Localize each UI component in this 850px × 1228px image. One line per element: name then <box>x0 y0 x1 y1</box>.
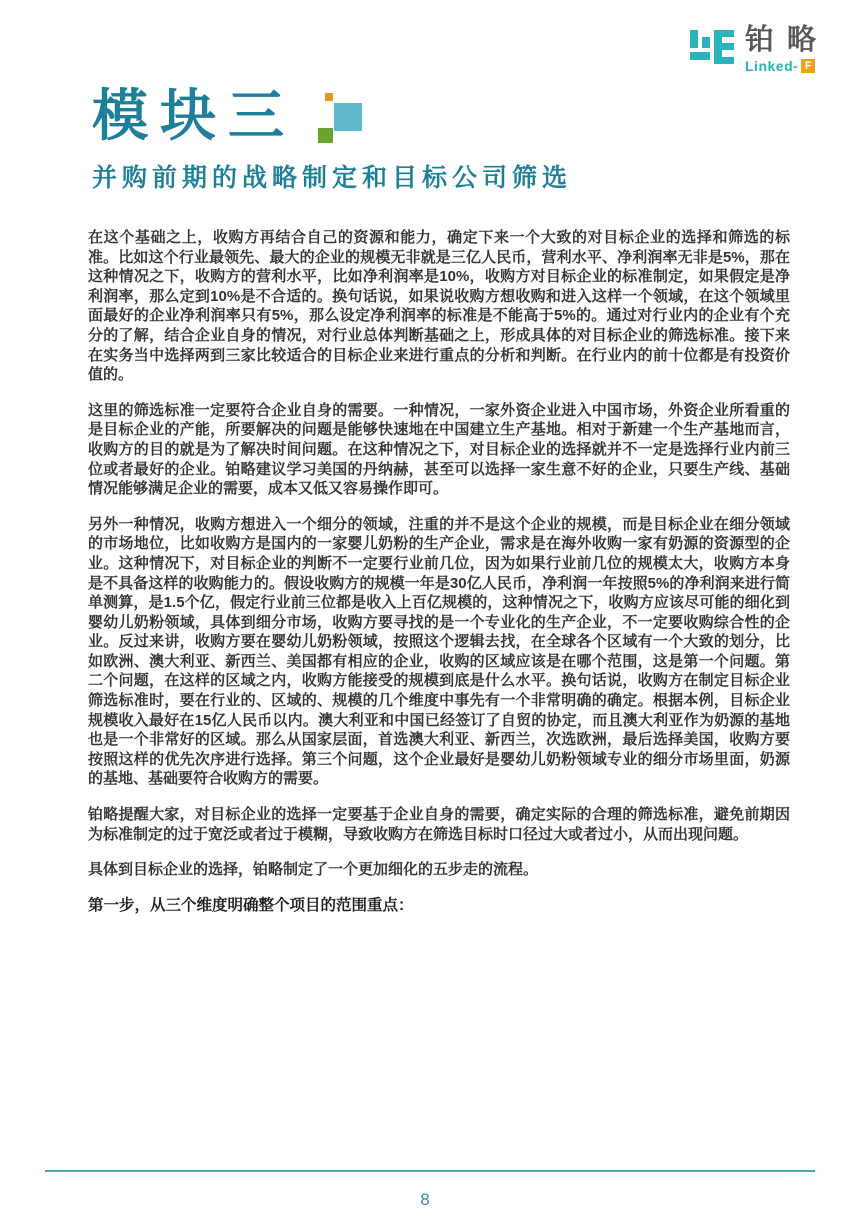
body-paragraph: 这里的筛选标准一定要符合企业自身的需要。一种情况，一家外资企业进入中国市场，外资… <box>88 401 790 499</box>
module-title: 模块三 <box>92 84 572 148</box>
brand-logo-text: 铂略 Linked- F <box>745 26 816 73</box>
footer-divider <box>45 1170 815 1172</box>
page-number: 8 <box>0 1190 850 1210</box>
body-content: 在这个基础之上，收购方再结合自己的资源和能力，确定下来一个大致的对目标企业的选择… <box>88 228 790 916</box>
body-paragraph: 在这个基础之上，收购方再结合自己的资源和能力，确定下来一个大致的对目标企业的选择… <box>88 228 790 385</box>
document-page: 铂略 Linked- F 模块三 并购前期的战略制定和目标公司筛选 在这个基础之… <box>0 0 850 1228</box>
body-paragraph: 具体到目标企业的选择，铂略制定了一个更加细化的五步走的流程。 <box>88 860 790 880</box>
brand-name-english: Linked- F <box>745 59 816 73</box>
body-paragraph: 另外一种情况，收购方想进入一个细分的领域，注重的并不是这个企业的规模，而是目标企… <box>88 515 790 789</box>
body-paragraph: 铂略提醒大家，对目标企业的选择一定要基于企业自身的需要，确定实际的合理的筛选标准… <box>88 805 790 844</box>
linked-f-logo-icon <box>690 28 734 72</box>
brand-name-chinese: 铂略 <box>745 26 829 55</box>
brand-name-english-text: Linked- <box>745 59 798 73</box>
step-one-heading: 第一步，从三个维度明确整个项目的范围重点： <box>88 896 790 916</box>
module-subtitle: 并购前期的战略制定和目标公司筛选 <box>92 158 572 194</box>
brand-logo: 铂略 Linked- F <box>690 26 816 73</box>
title-block: 模块三 并购前期的战略制定和目标公司筛选 <box>92 84 572 194</box>
brand-badge-f: F <box>801 59 815 73</box>
